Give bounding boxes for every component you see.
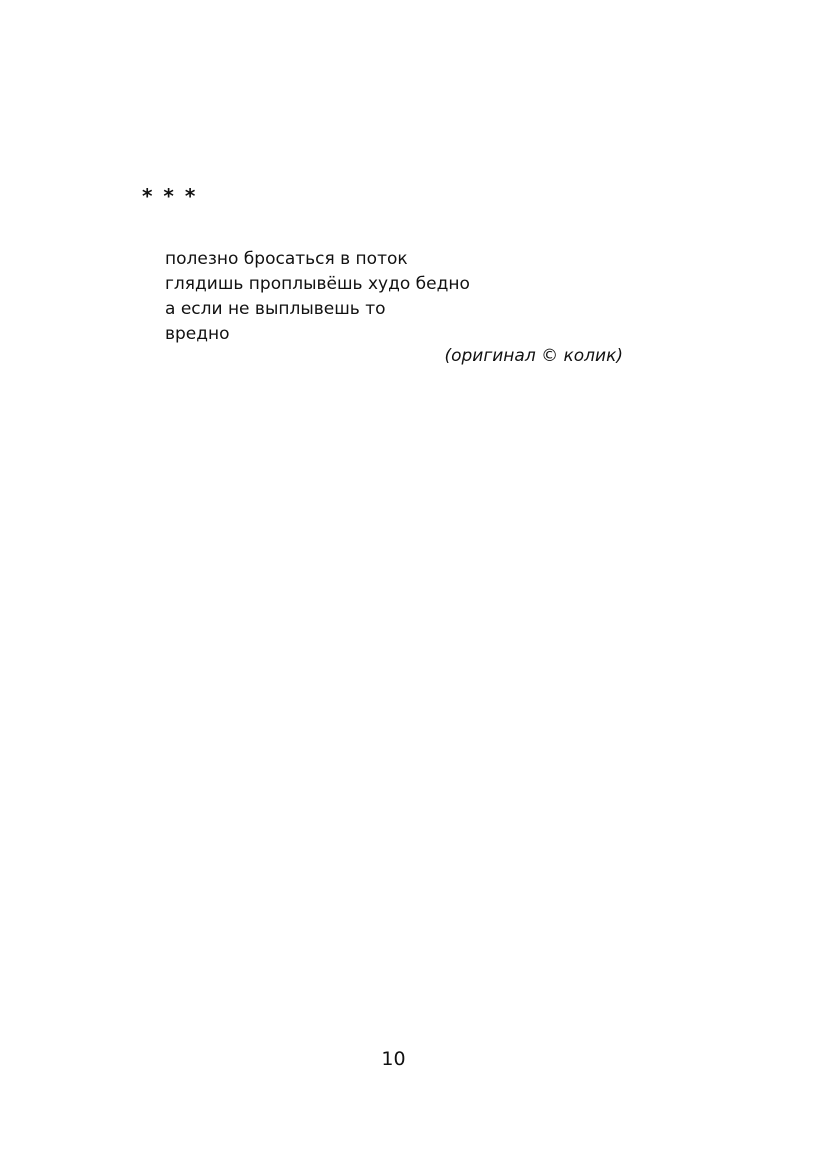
poem-line: вредно	[165, 322, 470, 347]
page-number: 10	[0, 1048, 787, 1070]
poem-line: глядишь проплывёшь худо бедно	[165, 272, 470, 297]
poem-line: а если не выплывешь то	[165, 297, 470, 322]
poem-attribution: (оригинал © колик)	[444, 346, 623, 366]
poem-line: полезно бросаться в поток	[165, 247, 470, 272]
poem: полезно бросаться в поток глядишь проплы…	[165, 247, 470, 347]
section-separator: * * *	[142, 184, 197, 208]
